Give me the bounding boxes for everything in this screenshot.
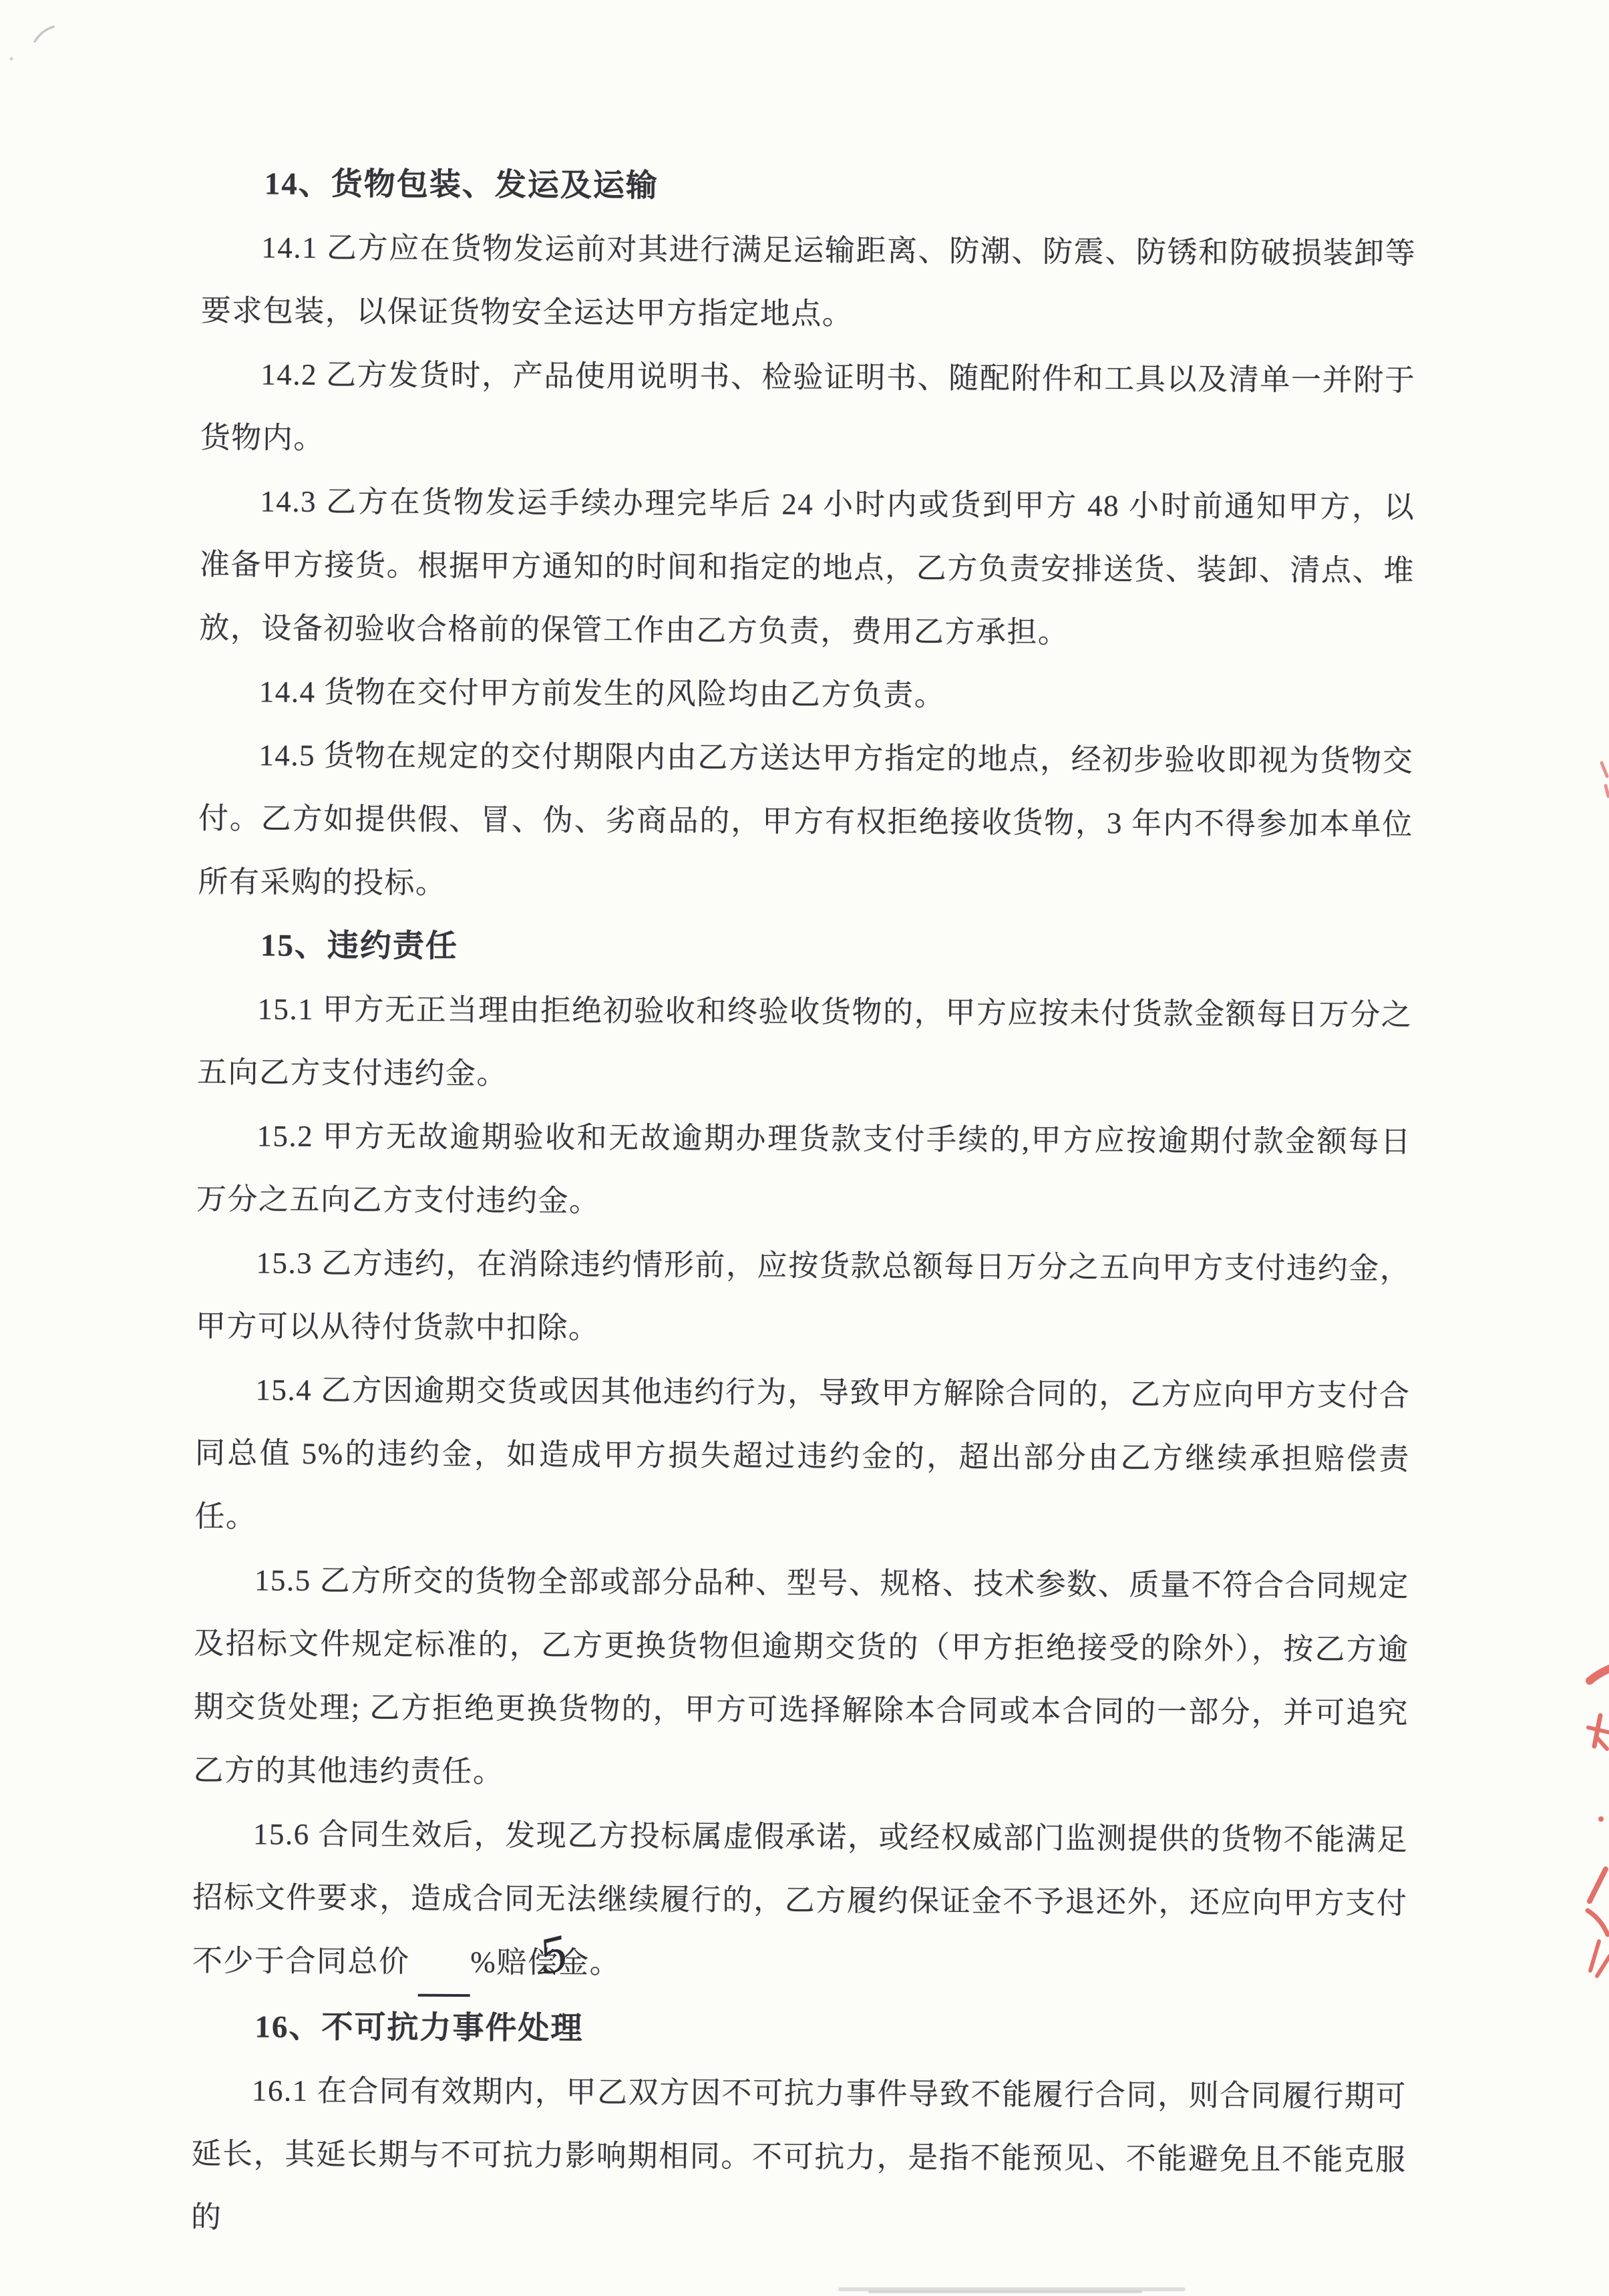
clause-14-2: 14.2 乙方发货时，产品使用说明书、检验证明书、随配附件和工具以及清单一并附于…	[200, 343, 1416, 476]
clause-14-5: 14.5 货物在规定的交付期限内由乙方送达甲方指定的地点，经初步验收即视为货物交…	[198, 723, 1413, 921]
contract-text-block: 14、货物包装、发运及运输 14.1 乙方应在货物发运前对其进行满足运输距离、防…	[0, 0, 1609, 2257]
clause-15-4: 15.4 乙方因逾期交货或因其他违约行为，导致甲方解除合同的，乙方应向甲方支付合…	[194, 1358, 1410, 1555]
clause-15-5: 15.5 乙方所交的货物全部或部分品种、型号、规格、技术参数、质量不符合合同规定…	[193, 1548, 1409, 1809]
clause-15-2: 15.2 甲方无故逾期验收和无故逾期办理货款支付手续的,甲方应按逾期付款金额每日…	[196, 1104, 1412, 1238]
clause-15-6-text-before: 15.6 合同生效后，发现乙方投标属虚假承诺，或经权威部门监测提供的货物不能满足…	[192, 1817, 1408, 1978]
clause-16-1: 16.1 在合同有效期内，甲乙双方因不可抗力事件导致不能履行合同，则合同履行期可…	[191, 2059, 1407, 2256]
section-heading-15: 15、违约责任	[198, 914, 1413, 984]
scanned-contract-page: 14、货物包装、发运及运输 14.1 乙方应在货物发运前对其进行满足运输距离、防…	[0, 0, 1609, 2296]
clause-14-1: 14.1 乙方应在货物发运前对其进行满足运输距离、防潮、防震、防锈和防破损装卸等…	[201, 216, 1417, 349]
clause-15-3: 15.3 乙方违约，在消除违约情形前，应按货款总额每日万分之五向甲方支付违约金，…	[196, 1231, 1411, 1365]
clause-14-3: 14.3 乙方在货物发运手续办理完毕后 24 小时内或货到甲方 48 小时前通知…	[199, 470, 1415, 667]
clause-15-6: 15.6 合同生效后，发现乙方投标属虚假承诺，或经权威部门监测提供的货物不能满足…	[192, 1802, 1408, 2002]
clause-14-4: 14.4 货物在交付甲方前发生的风险均由乙方负责。	[199, 660, 1414, 730]
section-heading-16: 16、不可抗力事件处理	[192, 1995, 1407, 2066]
handwritten-compensation-percent-blank: 5	[418, 1931, 471, 1997]
clause-15-1: 15.1 甲方无正当理由拒绝初验收和终验收货物的，甲方应按未付货款金额每日万分之…	[197, 977, 1413, 1111]
scan-edge-smudge-bottom	[838, 2287, 1186, 2293]
section-heading-14: 14、货物包装、发运及运输	[202, 152, 1417, 222]
